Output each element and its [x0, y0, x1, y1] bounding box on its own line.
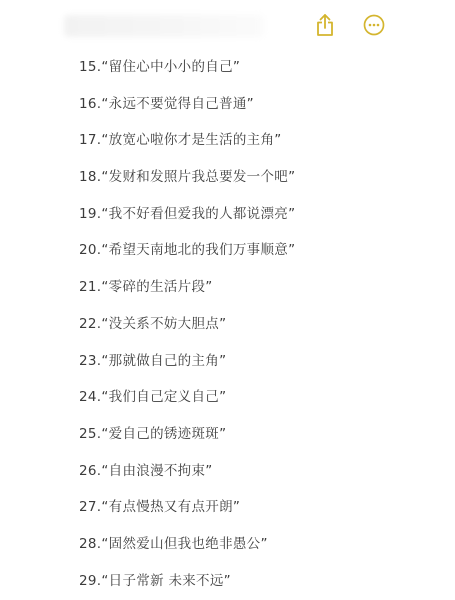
list-item: 21.“零碎的生活片段”: [79, 277, 295, 314]
item-number: 19.: [79, 206, 101, 222]
list-item: 27.“有点慢热又有点开朗”: [79, 497, 295, 534]
item-number: 17.: [79, 132, 101, 148]
item-number: 26.: [79, 463, 101, 479]
item-number: 16.: [79, 96, 101, 112]
more-options-button[interactable]: [362, 12, 386, 38]
navigation-bar: [0, 0, 455, 50]
item-text: “固然爱山但我也绝非愚公”: [101, 536, 267, 552]
item-text: “我不好看但爱我的人都说漂亮”: [101, 206, 295, 222]
list-item: 17.“放宽心啦你才是生活的主角”: [79, 130, 295, 167]
list-item: 25.“爱自己的锈迹斑斑”: [79, 424, 295, 461]
item-text: “爱自己的锈迹斑斑”: [101, 426, 226, 442]
item-number: 28.: [79, 536, 101, 552]
item-text: “有点慢热又有点开朗”: [101, 499, 240, 515]
item-number: 27.: [79, 499, 101, 515]
share-icon: [315, 13, 335, 37]
item-number: 15.: [79, 59, 101, 75]
item-text: “自由浪漫不拘束”: [101, 463, 212, 479]
list-item: 22.“没关系不妨大胆点”: [79, 314, 295, 351]
item-text: “我们自己定义自己”: [101, 389, 226, 405]
more-options-icon: [363, 14, 385, 36]
list-item: 29.“日子常新 未来不远”: [79, 571, 295, 600]
list-item: 24.“我们自己定义自己”: [79, 387, 295, 424]
list-item: 20.“希望天南地北的我们万事顺意”: [79, 240, 295, 277]
item-number: 23.: [79, 353, 101, 369]
item-text: “没关系不妨大胆点”: [101, 316, 226, 332]
item-number: 24.: [79, 389, 101, 405]
item-text: “日子常新 未来不远”: [101, 573, 231, 589]
item-text: “那就做自己的主角”: [101, 353, 226, 369]
list-item: 23.“那就做自己的主角”: [79, 351, 295, 388]
list-item: 18.“发财和发照片我总要发一个吧”: [79, 167, 295, 204]
item-text: “希望天南地北的我们万事顺意”: [101, 242, 295, 258]
item-number: 21.: [79, 279, 101, 295]
blurred-note-title: [64, 15, 264, 37]
list-item: 15.“留住心中小小的自己”: [79, 57, 295, 94]
list-item: 26.“自由浪漫不拘束”: [79, 461, 295, 498]
item-text: “零碎的生活片段”: [101, 279, 212, 295]
item-text: “留住心中小小的自己”: [101, 59, 240, 75]
list-item: 19.“我不好看但爱我的人都说漂亮”: [79, 204, 295, 241]
note-content-list: 15.“留住心中小小的自己” 16.“永远不要觉得自己普通” 17.“放宽心啦你…: [79, 57, 295, 600]
item-number: 29.: [79, 573, 101, 589]
item-number: 18.: [79, 169, 101, 185]
item-text: “放宽心啦你才是生活的主角”: [101, 132, 281, 148]
list-item: 16.“永远不要觉得自己普通”: [79, 94, 295, 131]
share-button[interactable]: [313, 12, 337, 38]
list-item: 28.“固然爱山但我也绝非愚公”: [79, 534, 295, 571]
item-number: 22.: [79, 316, 101, 332]
item-number: 20.: [79, 242, 101, 258]
item-text: “永远不要觉得自己普通”: [101, 96, 254, 112]
item-text: “发财和发照片我总要发一个吧”: [101, 169, 295, 185]
item-number: 25.: [79, 426, 101, 442]
